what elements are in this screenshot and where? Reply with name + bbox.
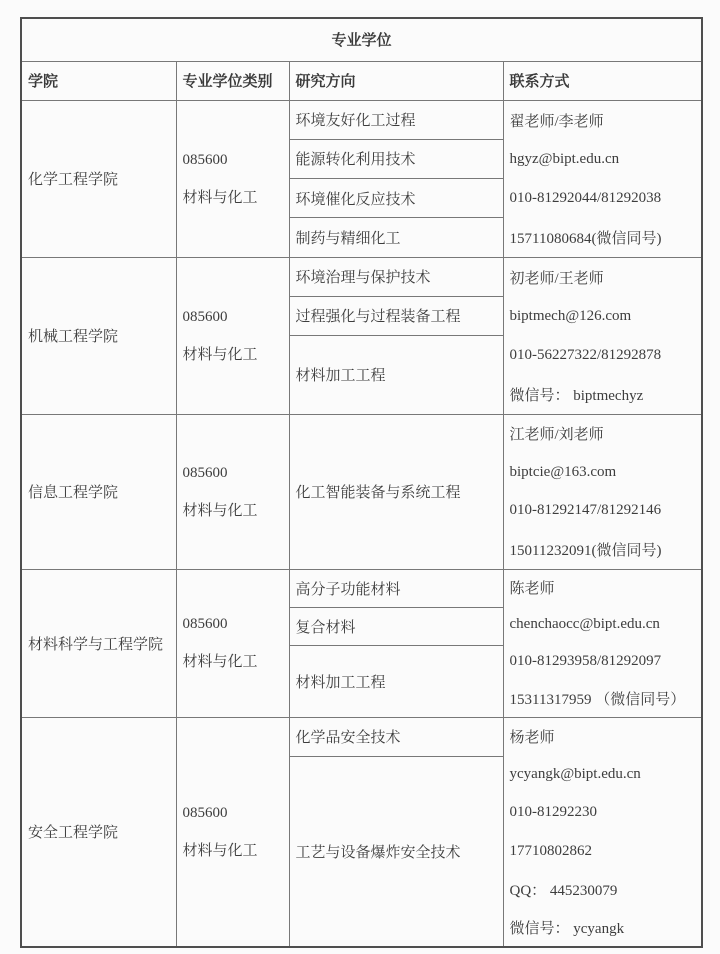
contact-email: biptcie@163.com <box>504 453 702 492</box>
category-code: 085600 <box>183 141 289 179</box>
research-direction: 能源转化利用技术 <box>289 139 503 178</box>
contact-qq: QQ： 445230079 <box>504 870 702 908</box>
research-direction: 工艺与设备爆炸安全技术 <box>289 756 503 947</box>
category-cell: 085600 材料与化工 <box>176 569 289 717</box>
category-name: 材料与化工 <box>183 336 289 374</box>
contact-cell: 初老师/王老师 biptmech@126.com 010-56227322/81… <box>503 257 702 414</box>
contact-wechat: 微信号： ycyangk <box>504 908 702 946</box>
college-name: 化学工程学院 <box>21 100 176 257</box>
contact-mobile: 15711080684(微信同号) <box>504 218 702 257</box>
research-direction: 复合材料 <box>289 607 503 645</box>
contact-phone: 010-56227322/81292878 <box>504 336 702 375</box>
category-cell: 085600 材料与化工 <box>176 414 289 569</box>
research-direction: 材料加工工程 <box>289 336 503 415</box>
contact-phone: 010-81292147/81292146 <box>504 492 702 531</box>
research-direction: 过程强化与过程装备工程 <box>289 296 503 335</box>
contact-teachers: 陈老师 <box>504 570 702 607</box>
research-direction: 环境治理与保护技术 <box>289 257 503 296</box>
category-name: 材料与化工 <box>183 492 289 530</box>
category-code: 085600 <box>183 794 289 832</box>
research-direction: 化学品安全技术 <box>289 717 503 756</box>
contact-cell: 杨老师 ycyangk@bipt.edu.cn 010-81292230 177… <box>503 717 702 947</box>
college-name: 安全工程学院 <box>21 717 176 947</box>
category-cell: 085600 材料与化工 <box>176 100 289 257</box>
contact-email: chenchaocc@bipt.edu.cn <box>504 606 702 643</box>
research-direction: 制药与精细化工 <box>289 218 503 257</box>
professional-degree-table: 专业学位 学院 专业学位类别 研究方向 联系方式 化学工程学院 085600 材… <box>20 17 703 948</box>
col-header-contact: 联系方式 <box>503 61 702 100</box>
college-name: 机械工程学院 <box>21 257 176 414</box>
category-cell: 085600 材料与化工 <box>176 257 289 414</box>
contact-mobile: 15011232091(微信同号) <box>504 530 702 569</box>
contact-mobile: 15311317959 （微信同号） <box>504 680 702 717</box>
contact-teachers: 江老师/刘老师 <box>504 415 702 454</box>
research-direction: 环境友好化工过程 <box>289 100 503 139</box>
research-direction: 化工智能装备与系统工程 <box>289 414 503 569</box>
contact-wechat: 微信号： biptmechyz <box>504 375 702 414</box>
contact-teachers: 翟老师/李老师 <box>504 101 702 140</box>
contact-cell: 翟老师/李老师 hgyz@bipt.edu.cn 010-81292044/81… <box>503 100 702 257</box>
contact-phone: 010-81293958/81292097 <box>504 643 702 680</box>
page: 专业学位 学院 专业学位类别 研究方向 联系方式 化学工程学院 085600 材… <box>0 0 720 954</box>
contact-cell: 陈老师 chenchaocc@bipt.edu.cn 010-81293958/… <box>503 569 702 717</box>
contact-email: hgyz@bipt.edu.cn <box>504 140 702 179</box>
contact-teachers: 杨老师 <box>504 718 702 756</box>
col-header-college: 学院 <box>21 61 176 100</box>
category-code: 085600 <box>183 454 289 492</box>
college-name: 材料科学与工程学院 <box>21 569 176 717</box>
category-name: 材料与化工 <box>183 643 289 681</box>
research-direction: 材料加工工程 <box>289 646 503 718</box>
col-header-category: 专业学位类别 <box>176 61 289 100</box>
contact-email: ycyangk@bipt.edu.cn <box>504 756 702 794</box>
research-direction: 高分子功能材料 <box>289 569 503 607</box>
category-cell: 085600 材料与化工 <box>176 717 289 947</box>
contact-phone: 010-81292230 <box>504 794 702 832</box>
contact-phone: 010-81292044/81292038 <box>504 179 702 218</box>
col-header-direction: 研究方向 <box>289 61 503 100</box>
category-code: 085600 <box>183 605 289 643</box>
category-name: 材料与化工 <box>183 179 289 217</box>
category-name: 材料与化工 <box>183 832 289 870</box>
contact-teachers: 初老师/王老师 <box>504 258 702 297</box>
table-title: 专业学位 <box>21 18 702 61</box>
contact-mobile: 17710802862 <box>504 832 702 870</box>
research-direction: 环境催化反应技术 <box>289 179 503 218</box>
category-code: 085600 <box>183 298 289 336</box>
college-name: 信息工程学院 <box>21 414 176 569</box>
contact-email: biptmech@126.com <box>504 297 702 336</box>
contact-cell: 江老师/刘老师 biptcie@163.com 010-81292147/812… <box>503 414 702 569</box>
